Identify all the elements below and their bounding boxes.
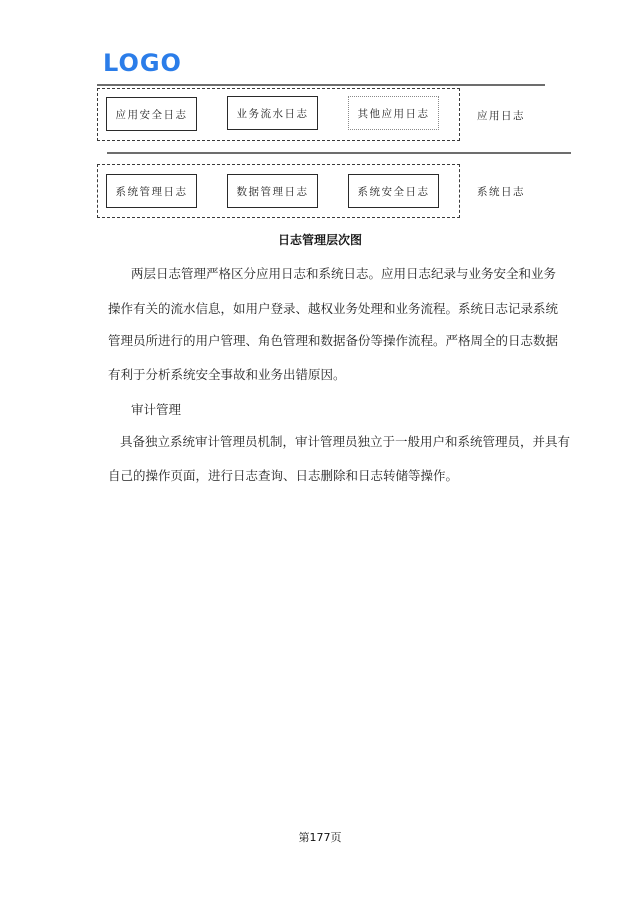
- business-flow-log-box: 业务流水日志: [227, 96, 318, 130]
- system-security-log-box: 系统安全日志: [348, 174, 439, 208]
- paragraph-line: 自己的操作页面，进行日志查询、日志删除和日志转储等操作。: [108, 466, 458, 484]
- paragraph-line: 两层日志管理严格区分应用日志和系统日志。应用日志纪录与业务安全和业务: [131, 264, 556, 282]
- section-heading-audit: 审计管理: [131, 400, 181, 418]
- system-management-log-box: 系统管理日志: [106, 174, 197, 208]
- log-hierarchy-diagram: 应用安全日志 业务流水日志 其他应用日志 应用日志 系统管理日志 数据管理日志 …: [0, 0, 640, 250]
- system-log-layer-label: 系统日志: [477, 184, 525, 199]
- paragraph-line: 管理员所进行的用户管理、角色管理和数据备份等操作流程。严格周全的日志数据: [108, 331, 558, 349]
- app-security-log-box: 应用安全日志: [106, 97, 197, 131]
- paragraph-line: 具备独立系统审计管理员机制，审计管理员独立于一般用户和系统管理员，并具有: [120, 432, 570, 450]
- paragraph-line: 操作有关的流水信息，如用户登录、越权业务处理和业务流程。系统日志记录系统: [108, 299, 558, 317]
- app-log-layer-label: 应用日志: [477, 108, 525, 123]
- divider-line-top: [97, 84, 545, 86]
- divider-line-middle: [107, 152, 571, 154]
- data-management-log-box: 数据管理日志: [227, 174, 318, 208]
- paragraph-line: 有利于分析系统安全事故和业务出错原因。: [108, 365, 346, 383]
- diagram-caption: 日志管理层次图: [0, 231, 640, 248]
- other-app-log-box: 其他应用日志: [348, 96, 439, 130]
- page-number: 第177页: [0, 829, 640, 845]
